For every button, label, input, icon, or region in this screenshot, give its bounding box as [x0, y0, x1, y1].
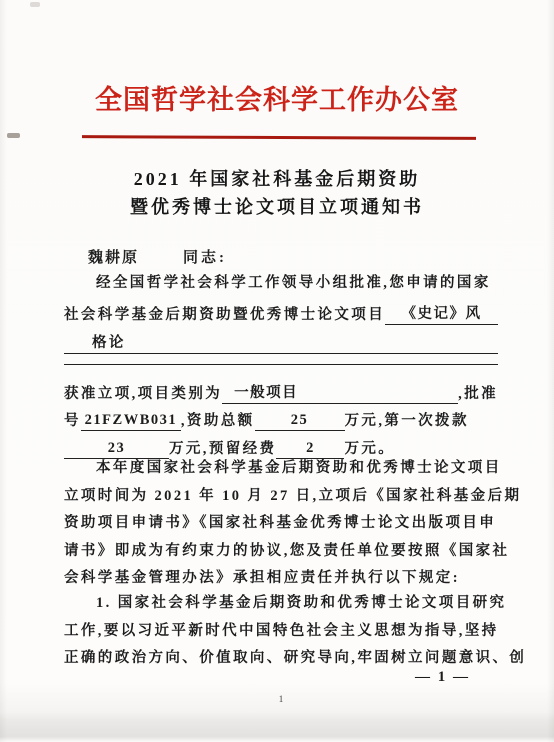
page-number: 1 [64, 694, 498, 704]
salutation-suffix: 同志: [183, 250, 227, 266]
regulation-line: 工作,要以习近平新时代中国特色社会主义思想为指导,坚持 [64, 618, 498, 646]
blank-fill-rule [64, 352, 498, 365]
project-title-field-part2: 格论 [64, 333, 126, 353]
paragraph-approval-line2: 社会科学基金后期资助暨优秀博士论文项目 《史记》风 [64, 298, 498, 326]
approval-number-label: 号 [64, 411, 81, 431]
agreement-line: 本年度国家社会科学基金后期资助和优秀博士论文项目 [64, 455, 498, 483]
project-type-field: 一般项目 [222, 383, 458, 404]
funding-line-number: 号 21FZWB031 ,资助总额 25 万元,第一次拨款 [64, 404, 498, 432]
total-amount-label: ,资助总额 [181, 411, 255, 431]
regulation-line: 1. 国家社会科学基金后期资助和优秀博士论文项目研究 [64, 590, 498, 618]
paragraph-funding: 获准立项,项目类别为 一般项目 ,批准 号 21FZWB031 ,资助总额 25… [64, 376, 498, 459]
agreement-line: 会科学基金管理办法》承担相应责任并执行以下规定: [64, 565, 498, 593]
document-title-line2: 暨优秀博士论文项目立项通知书 [0, 193, 554, 221]
first-payment-label: 万元,第一次拨款 [345, 411, 469, 431]
page-marker: — 1 — [415, 669, 470, 686]
document-title: 2021 年国家社科基金后期资助 暨优秀博士论文项目立项通知书 [0, 165, 554, 221]
agreement-line: 请书》即成为有约束力的协议,您及责任单位要按照《国家社 [64, 538, 498, 566]
scanned-document-page: 全国哲学社会科学工作办公室 2021 年国家社科基金后期资助 暨优秀博士论文项目… [0, 0, 554, 742]
header-divider-rule [82, 135, 476, 139]
agreement-line: 立项时间为 2021 年 10 月 27 日,立项后《国家社科基金后期 [64, 483, 498, 511]
category-label: 获准立项,项目类别为 [64, 384, 222, 404]
project-title-field-part1: 《史记》风 [385, 304, 498, 325]
paragraph-regulation-1: 1. 国家社会科学基金后期资助和优秀博士论文项目研究 工作,要以习近平新时代中国… [64, 590, 498, 673]
scan-artifact-smudge [7, 133, 20, 138]
scan-artifact-top [30, 2, 40, 7]
document-title-line1: 2021 年国家社科基金后期资助 [0, 165, 554, 193]
paragraph-approval-line1: 经全国哲学社会科学工作领导小组批准,您申请的国家 [64, 270, 498, 298]
category-suffix: ,批准 [458, 384, 498, 404]
paragraph-approval-line3: 格论 [64, 325, 498, 354]
paragraph-approval: 经全国哲学社会科学工作领导小组批准,您申请的国家 社会科学基金后期资助暨优秀博士… [64, 270, 498, 354]
approval-number-field: 21FZWB031 [81, 410, 181, 431]
recipient-name: 魏耕原 [88, 250, 139, 266]
scan-shadow-bottom [0, 712, 554, 742]
salutation: 魏耕原同志: [88, 246, 227, 267]
org-header-title: 全国哲学社会科学工作办公室 [0, 78, 554, 117]
project-title-label: 社会科学基金后期资助暨优秀博士论文项目 [64, 305, 385, 325]
total-amount-field: 25 [255, 410, 345, 431]
paragraph-agreement: 本年度国家社会科学基金后期资助和优秀博士论文项目 立项时间为 2021 年 10… [64, 455, 498, 593]
funding-line-category: 获准立项,项目类别为 一般项目 ,批准 [64, 376, 498, 404]
agreement-line: 资助项目申请书》《国家社科基金优秀博士论文出版项目申 [64, 510, 498, 538]
